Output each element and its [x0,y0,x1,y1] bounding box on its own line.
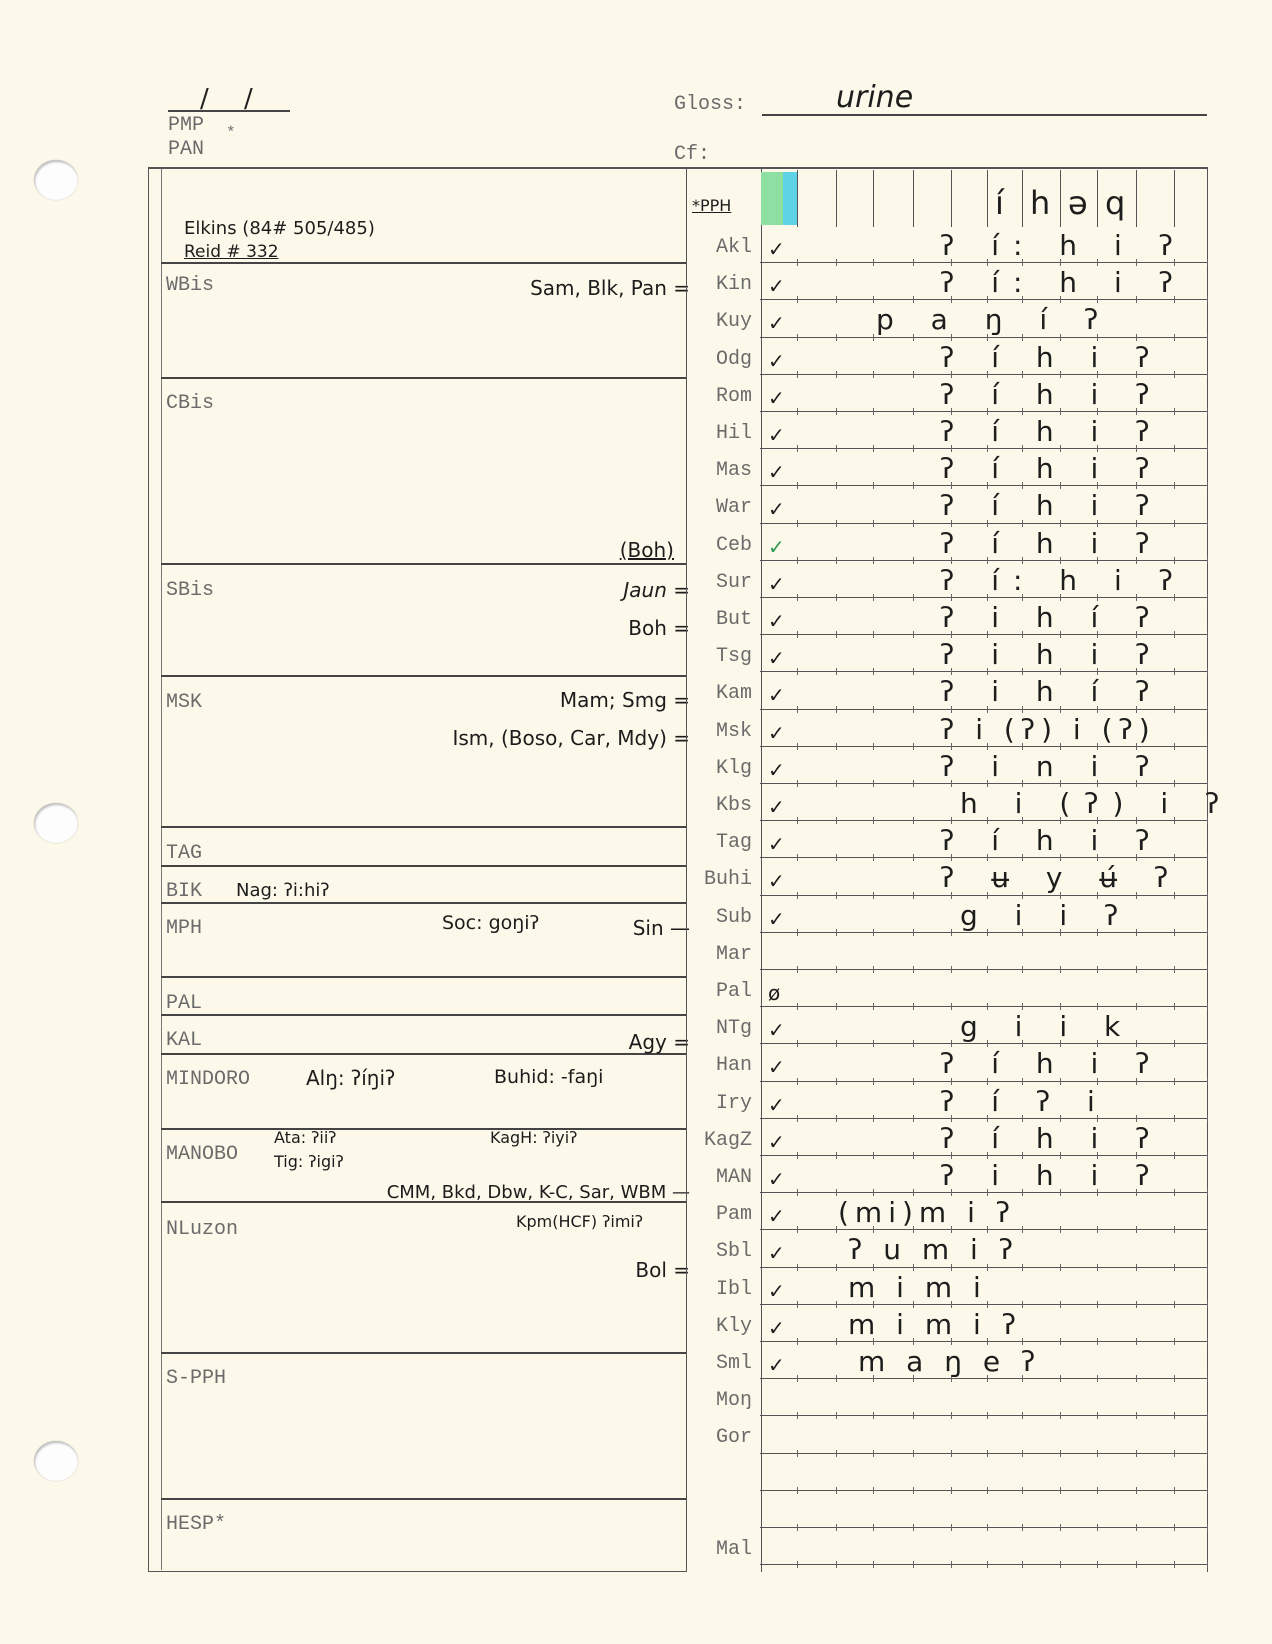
row-tick [797,743,798,750]
row-tick [1097,966,1098,973]
row-tick [1207,854,1208,861]
reflex-form: g i i ʔ [960,899,1132,932]
row-tick [987,966,988,973]
check-mark-icon: ✓ [768,497,785,521]
row-tick [1207,334,1208,341]
row-tick [1207,892,1208,899]
row-tick [987,1412,988,1419]
row-rule [760,1564,1207,1565]
pph-segment: í [995,184,1004,222]
row-tick [951,1561,952,1568]
row-tick [836,520,837,527]
row-tick [797,1189,798,1196]
row-tick [1022,1264,1023,1271]
reflex-form: ʔ í h i ʔ [940,527,1163,560]
row-tick [913,1115,914,1122]
reflex-form: ʔ i h í ʔ [940,601,1163,634]
reflex-form: ʔ í h i ʔ [940,489,1163,522]
note-ntg: Agy = [629,1030,690,1054]
language-code: Sur [686,571,760,594]
language-code: Akl [686,236,760,259]
row-rule [760,374,1207,375]
row-tick [1136,1226,1137,1233]
row-tick [951,966,952,973]
row-tick [1060,1412,1061,1419]
row-tick [797,445,798,452]
row-tick [836,631,837,638]
row-tick [836,1561,837,1568]
row-tick [797,817,798,824]
note-pam: Kpm(HCF) ʔimiʔ [516,1212,643,1231]
row-tick [873,408,874,415]
row-rule [760,262,1207,263]
row-tick [1174,743,1175,750]
row-tick [836,1078,837,1085]
language-code: Odg [686,348,760,371]
row-tick [1174,706,1175,713]
row-rule [760,932,1207,933]
reflex-form: ʔ i n i ʔ [940,750,1163,783]
row-tick [987,1450,988,1457]
reflex-form: ʔ i h i ʔ [940,1159,1163,1192]
row-rule [760,634,1207,635]
pmp-label: PMP [168,114,204,137]
gloss-value: urine [836,80,913,115]
row-tick [951,1450,952,1457]
row-tick [1207,706,1208,713]
language-code: Ibl [686,1278,760,1301]
row-tick [913,1003,914,1010]
row-tick [1097,1561,1098,1568]
row-tick [836,892,837,899]
row-tick [836,482,837,489]
group-divider [161,262,686,264]
check-mark-icon: ✓ [768,683,785,707]
row-tick [913,296,914,303]
row-tick [1022,1003,1023,1010]
row-tick [1174,445,1175,452]
row-tick [1136,1450,1137,1457]
row-rule [760,671,1207,672]
language-code: Hil [686,422,760,445]
row-rule [760,1081,1207,1082]
pph-cell-divider [1136,170,1137,227]
row-tick [797,1152,798,1159]
row-tick [836,557,837,564]
group-nluzon: NLuzon [166,1218,238,1241]
check-mark-icon: ✓ [768,1353,785,1377]
row-tick [797,557,798,564]
pph-cell-divider [836,170,837,227]
reference-elkins: Elkins (84# 505/485) [184,218,375,239]
row-tick [1022,1487,1023,1494]
row-tick [873,706,874,713]
row-tick [1022,1412,1023,1419]
pph-cell-divider [913,170,914,227]
row-tick [1207,408,1208,415]
language-code: Kly [686,1315,760,1338]
row-tick [1207,1226,1208,1233]
reflex-form: ʔ í h i ʔ [940,1047,1163,1080]
row-rule [760,560,1207,561]
pph-segment: ə [1068,184,1088,222]
group-divider [161,1053,686,1055]
row-tick [1097,1226,1098,1233]
row-tick [1136,1338,1137,1345]
row-tick [797,1524,798,1531]
row-tick [913,482,914,489]
row-rule [760,337,1207,338]
row-tick [873,594,874,601]
row-tick [987,1301,988,1308]
row-tick [1136,1040,1137,1047]
check-mark-icon: ✓ [768,1279,785,1303]
binder-hole-middle [34,803,78,843]
row-rule [760,1043,1207,1044]
row-tick [1207,296,1208,303]
row-tick [1207,1338,1208,1345]
row-tick [836,1338,837,1345]
row-tick [1022,1226,1023,1233]
row-tick [913,408,914,415]
check-mark-icon: ✓ [768,869,785,893]
row-tick [1060,1450,1061,1457]
row-tick [1174,1412,1175,1419]
row-rule [760,1527,1207,1528]
row-tick [1207,594,1208,601]
row-tick [873,780,874,787]
row-tick [1022,966,1023,973]
language-code: KagZ [686,1129,760,1152]
check-mark-icon: ✓ [768,721,785,745]
language-code: Pal [686,980,760,1003]
row-tick [1097,1487,1098,1494]
row-tick [797,482,798,489]
language-code: Gor [686,1426,760,1449]
row-tick [797,631,798,638]
row-tick [913,1487,914,1494]
row-tick [1174,557,1175,564]
row-tick [1174,1003,1175,1010]
row-tick [873,631,874,638]
note-mindoro-aln: Alŋ: ʔíŋiʔ [306,1066,395,1090]
group-divider [161,675,686,677]
row-tick [951,1003,952,1010]
row-tick [1097,1524,1098,1531]
reflex-form: ʔ í: h i ʔ [940,564,1187,597]
group-msk: MSK [166,691,202,714]
row-tick [1174,1487,1175,1494]
check-mark-icon: ✓ [768,1316,785,1340]
row-tick [797,1487,798,1494]
row-tick [913,1450,914,1457]
row-tick [913,1040,914,1047]
row-rule [760,1415,1207,1416]
row-tick [913,520,914,527]
row-tick [1060,1487,1061,1494]
note-manobo-kagh: KagH: ʔiyiʔ [490,1128,577,1147]
row-rule [760,448,1207,449]
language-code: MAN [686,1166,760,1189]
group-tag: TAG [166,842,202,865]
reflex-form: m i m i ʔ [848,1308,1022,1341]
note-manobo-ata: Ata: ʔiiʔ [274,1128,336,1147]
group-cbis: CBis [166,392,214,415]
note-sur: Jaun = [623,578,690,602]
language-code: Kbs [686,794,760,817]
row-tick [913,780,914,787]
note-bik-nag: Nag: ʔi:hiʔ [236,880,330,901]
row-tick [1174,482,1175,489]
row-tick [1207,445,1208,452]
row-tick [1136,966,1137,973]
row-tick [797,296,798,303]
row-tick [836,408,837,415]
row-tick [1097,1264,1098,1271]
language-code: Klg [686,757,760,780]
row-tick [1207,1412,1208,1419]
row-tick [873,334,874,341]
row-tick [1174,1264,1175,1271]
row-tick [1022,1450,1023,1457]
note-sub: Sin — [633,916,690,940]
row-tick [797,334,798,341]
reflex-form: p a ŋ í ʔ [876,303,1112,336]
date-line [168,110,290,112]
reflex-form: (mi)m i ʔ [838,1196,1016,1229]
row-tick [951,1524,952,1531]
row-tick [836,296,837,303]
row-tick [1174,929,1175,936]
row-tick [1136,334,1137,341]
row-tick [1174,631,1175,638]
gloss-label: Gloss: [674,93,746,116]
row-tick [1174,1375,1175,1382]
row-tick [873,1412,874,1419]
row-tick [836,1487,837,1494]
row-rule [760,411,1207,412]
row-tick [951,1040,952,1047]
note-kam: Mam; Smg = [560,688,690,712]
row-tick [797,1264,798,1271]
row-tick [1136,929,1137,936]
row-tick [1174,334,1175,341]
row-rule [760,1006,1207,1007]
language-code: Han [686,1054,760,1077]
reflex-form: ʔ i h í ʔ [940,675,1163,708]
row-tick [1136,1115,1137,1122]
row-tick [797,929,798,936]
group-mindoro: MINDORO [166,1068,250,1091]
absent-mark-icon: ø [768,981,780,1005]
pmp-star: * [226,124,236,142]
row-rule [760,783,1207,784]
row-tick [836,445,837,452]
row-tick [836,334,837,341]
row-tick [1174,668,1175,675]
row-tick [873,892,874,899]
check-mark-icon: ✓ [768,646,785,670]
row-tick [836,1003,837,1010]
row-tick [797,1003,798,1010]
row-tick [913,1524,914,1531]
row-tick [913,854,914,861]
row-tick [1207,1040,1208,1047]
row-tick [836,929,837,936]
row-tick [836,817,837,824]
group-bik: BIK [166,880,202,903]
row-rule [760,1341,1207,1342]
row-tick [913,1561,914,1568]
check-mark-icon: ✓ [768,460,785,484]
row-rule [760,523,1207,524]
row-tick [797,892,798,899]
row-tick [913,1078,914,1085]
row-tick [873,1152,874,1159]
row-tick [1207,1524,1208,1531]
note-mph-soc: Soc: goŋiʔ [442,912,539,934]
language-code: Sub [686,906,760,929]
row-tick [797,520,798,527]
reflex-form: ʔ í ʔ i [940,1085,1109,1118]
row-tick [873,1450,874,1457]
row-tick [1060,1375,1061,1382]
check-mark-icon: ✓ [768,1204,785,1228]
group-divider [161,1352,686,1354]
row-tick [1207,668,1208,675]
row-tick [873,1487,874,1494]
language-code: Msk [686,720,760,743]
group-divider [161,563,686,565]
row-tick [1136,1264,1137,1271]
row-tick [1136,1375,1137,1382]
row-tick [836,668,837,675]
row-tick [1207,1152,1208,1159]
gloss-underline [762,114,1207,116]
row-tick [913,743,914,750]
row-tick [873,966,874,973]
reflex-form: ʔ í h i ʔ [940,415,1163,448]
reflex-form: ʔ ʉ y ʉ́ ʔ [940,861,1182,894]
reflex-form: ʔ í h i ʔ [940,452,1163,485]
row-tick [913,966,914,973]
row-tick [836,594,837,601]
row-tick [987,1561,988,1568]
row-tick [1207,1561,1208,1568]
row-tick [1022,1301,1023,1308]
language-code: Buhi [686,868,760,891]
row-tick [1136,1561,1137,1568]
language-code: NTg [686,1017,760,1040]
row-tick [1097,1375,1098,1382]
row-tick [836,780,837,787]
row-tick [1174,854,1175,861]
pph-label: *PPH [692,196,731,215]
reflex-form: g i i k [960,1010,1134,1043]
check-mark-icon: ✓ [768,1018,785,1042]
row-tick [873,557,874,564]
language-code: But [686,608,760,631]
row-tick [1207,631,1208,638]
row-tick [873,445,874,452]
reflex-form: ʔ í h i ʔ [940,341,1163,374]
pph-cell-divider [951,170,952,227]
binder-hole-top [34,160,78,200]
row-tick [1207,1078,1208,1085]
check-mark-icon: ✓ [768,1130,785,1154]
language-code: Rom [686,385,760,408]
row-tick [836,259,837,266]
check-mark-icon: ✓ [768,311,785,335]
row-tick [1174,780,1175,787]
pan-label: PAN [168,138,204,161]
row-tick [1060,1226,1061,1233]
row-tick [913,445,914,452]
row-tick [1022,1524,1023,1531]
row-tick [873,259,874,266]
row-rule [760,1155,1207,1156]
row-tick [797,594,798,601]
row-tick [1136,1524,1137,1531]
note-sbl: Bol = [635,1258,690,1282]
row-tick [797,1040,798,1047]
row-rule [760,746,1207,747]
group-divider [161,1014,686,1016]
row-tick [913,631,914,638]
check-mark-icon: ✓ [768,758,785,782]
row-tick [836,966,837,973]
row-tick [873,482,874,489]
group-wbis: WBis [166,274,214,297]
row-tick [1207,966,1208,973]
row-rule [760,1304,1207,1305]
reflex-form: ʔ í h i ʔ [940,1122,1163,1155]
row-tick [1097,1301,1098,1308]
row-tick [1207,482,1208,489]
language-code: Moŋ [686,1389,760,1412]
row-tick [913,817,914,824]
row-tick [1174,1189,1175,1196]
row-tick [1174,1561,1175,1568]
row-rule [760,1267,1207,1268]
row-tick [1174,1524,1175,1531]
row-tick [873,1189,874,1196]
row-tick [873,668,874,675]
row-tick [1174,1152,1175,1159]
group-divider [161,826,686,828]
row-tick [1207,1115,1208,1122]
row-tick [797,1301,798,1308]
row-tick [1207,371,1208,378]
group-pal: PAL [166,992,202,1015]
note-ceb: (Boh) [620,538,674,562]
check-mark-icon: ✓ [768,572,785,596]
group-divider [161,1128,686,1130]
group-hesp: HESP* [166,1513,226,1536]
row-tick [913,706,914,713]
language-code: War [686,496,760,519]
language-code: Mal [686,1538,760,1561]
row-tick [797,1412,798,1419]
row-tick [1136,1412,1137,1419]
row-tick [913,668,914,675]
row-rule [760,709,1207,710]
row-tick [1060,1301,1061,1308]
group-divider [161,865,686,867]
pph-cell-divider [1174,170,1175,227]
language-code: Tag [686,831,760,854]
row-tick [873,929,874,936]
